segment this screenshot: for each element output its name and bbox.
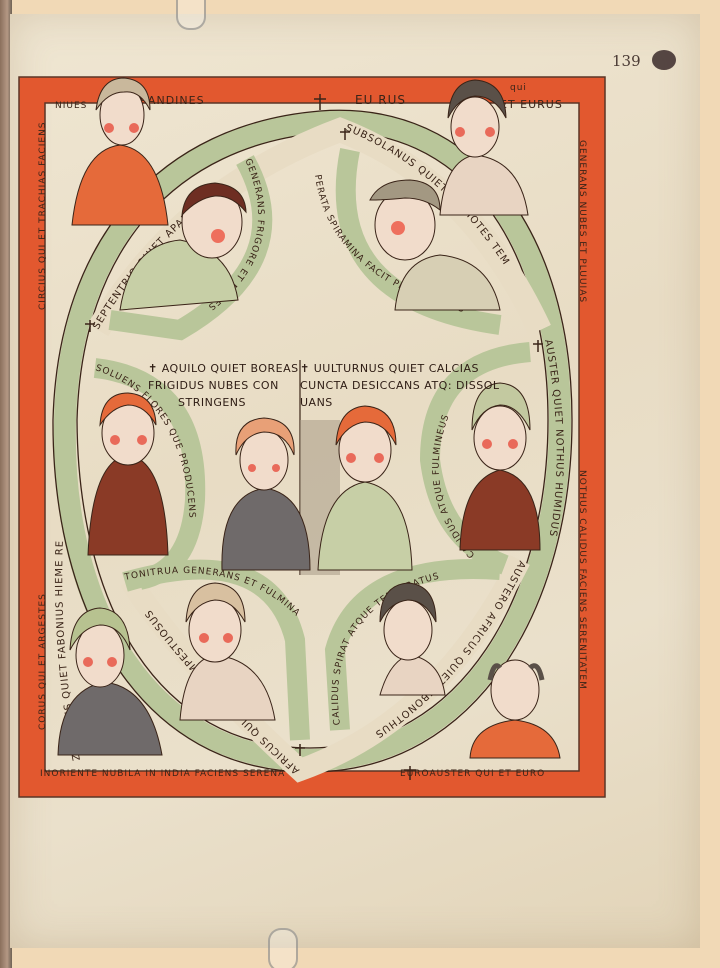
center-vulturnus-line2: CUNCTA DESICCANS ATQ: DISSOL (300, 377, 500, 394)
center-aquilo-line3: STRINGENS (148, 394, 299, 411)
svg-text:EU RUS: EU RUS (355, 93, 406, 107)
frame-text-left-upper: CIRCIUS QUI ET TRACHIAS FACIENS (38, 121, 48, 310)
bust-zephirus (88, 393, 168, 555)
frame-text-top-center: EU RUS (355, 93, 406, 107)
center-vulturnus-line1: UULTURNUS QUIET CALCIAS (314, 362, 479, 375)
frame-text-top-right: ET EURUS (500, 98, 563, 111)
center-vulturnus-line3: UANS (300, 394, 500, 411)
center-aquilo-line1: AQUILO QUIET BOREAS (162, 362, 299, 375)
svg-text:GENERANS NUBES ET PLUUIAS: GENERANS NUBES ET PLUUIAS (577, 140, 587, 303)
frame-text-bottom-right: EUROAUSTER QUI ET EURO (400, 769, 545, 779)
center-text-aquilo: ✝ AQUILO QUIET BOREAS FRIGIDUS NUBES CON… (148, 360, 299, 411)
svg-text:CIRCIUS QUI ET TRACHIAS FACIEN: CIRCIUS QUI ET TRACHIAS FACIENS (38, 121, 48, 310)
frame-text-qui: qui (510, 83, 527, 93)
bust-aquilo (222, 418, 310, 570)
frame-text-nives: NIUES (55, 101, 87, 111)
center-text-vulturnus: ✝ UULTURNUS QUIET CALCIAS CUNCTA DESICCA… (300, 360, 500, 411)
center-aquilo-line2: FRIGIDUS NUBES CON (148, 377, 299, 394)
svg-text:CORUS QUI ET ARGESTES: CORUS QUI ET ARGESTES (38, 593, 48, 730)
frame-text-right-upper: GENERANS NUBES ET PLUUIAS (577, 140, 587, 303)
svg-text:INORIENTE NUBILA IN INDIA FACI: INORIENTE NUBILA IN INDIA FACIENS SERENA (40, 769, 285, 779)
frame-text-right-lower: NOTHUS CALIDUS FACIENS SERENITATEM (577, 470, 587, 690)
wind-diagram: ET GRANDINES EU RUS ET EURUS qui NIUES G… (0, 0, 720, 968)
frame-text-left-lower: CORUS QUI ET ARGESTES (38, 593, 48, 730)
bust-euroauster (380, 583, 445, 695)
frame-text-bottom-left: INORIENTE NUBILA IN INDIA FACIENS SERENA (40, 769, 285, 779)
svg-text:EUROAUSTER QUI ET EURO: EUROAUSTER QUI ET EURO (400, 769, 545, 779)
svg-text:NOTHUS CALIDUS FACIENS SERENIT: NOTHUS CALIDUS FACIENS SERENITATEM (577, 470, 587, 690)
